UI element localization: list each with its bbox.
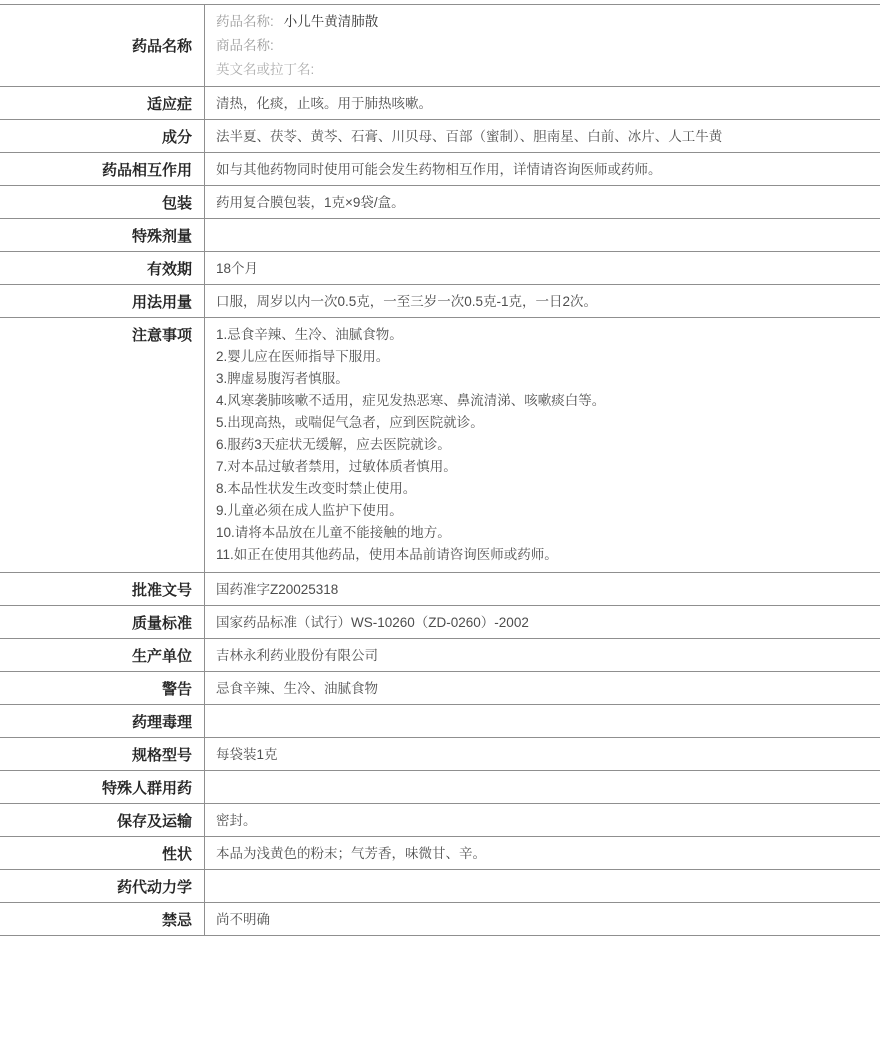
row-value (205, 219, 880, 251)
row-value: 如与其他药物同时使用可能会发生药物相互作用，详情请咨询医师或药师。 (205, 153, 880, 185)
english-name-line: 英文名或拉丁名: (216, 58, 866, 82)
row-value (205, 705, 880, 737)
row-label: 药代动力学 (0, 870, 205, 902)
row-value: 密封。 (205, 804, 880, 836)
table-row-8: 批准文号 国药准字Z20025318 (0, 573, 880, 606)
row-label: 禁忌 (0, 903, 205, 935)
row-label: 批准文号 (0, 573, 205, 605)
row-value: 1.忌食辛辣、生冷、油腻食物。 2.婴儿应在医师指导下服用。 3.脾虚易腹泻者慎… (205, 318, 880, 572)
row-value: 清热，化痰，止咳。用于肺热咳嗽。 (205, 87, 880, 119)
table-row-9: 质量标准 国家药品标准（试行）WS-10260（ZD-0260）-2002 (0, 606, 880, 639)
row-value: 国家药品标准（试行）WS-10260（ZD-0260）-2002 (205, 606, 880, 638)
row-value: 尚不明确 (205, 903, 880, 935)
row-value: 口服，周岁以内一次0.5克，一至三岁一次0.5克-1克，一日2次。 (205, 285, 880, 317)
field-key-trade-name: 商品名称: (216, 34, 274, 58)
row-label: 生产单位 (0, 639, 205, 671)
table-row-14: 特殊人群用药 (0, 771, 880, 804)
row-label: 包装 (0, 186, 205, 218)
row-label: 适应症 (0, 87, 205, 119)
row-label: 保存及运输 (0, 804, 205, 836)
row-label: 成分 (0, 120, 205, 152)
drug-info-table: 药品名称 药品名称: 小儿牛黄清肺散 商品名称: 英文名或拉丁名: 适应症 清热… (0, 4, 880, 936)
table-row-16: 性状 本品为浅黄色的粉末；气芳香，味微甘、辛。 (0, 837, 880, 870)
table-row-13: 规格型号 每袋装1克 (0, 738, 880, 771)
field-value-drug-name: 小儿牛黄清肺散 (284, 10, 379, 34)
row-label-drug-name: 药品名称 (0, 5, 205, 86)
row-value: 18个月 (205, 252, 880, 284)
row-value: 吉林永利药业股份有限公司 (205, 639, 880, 671)
drug-name-line: 药品名称: 小儿牛黄清肺散 (216, 10, 866, 34)
row-label: 特殊人群用药 (0, 771, 205, 803)
trade-name-line: 商品名称: (216, 34, 866, 58)
row-value: 本品为浅黄色的粉末；气芳香，味微甘、辛。 (205, 837, 880, 869)
row-label: 规格型号 (0, 738, 205, 770)
field-key-drug-name: 药品名称: (216, 10, 274, 34)
row-label: 质量标准 (0, 606, 205, 638)
row-value (205, 870, 880, 902)
row-label: 警告 (0, 672, 205, 704)
table-row-7: 注意事项 1.忌食辛辣、生冷、油腻食物。 2.婴儿应在医师指导下服用。 3.脾虚… (0, 318, 880, 573)
table-row-6: 用法用量 口服，周岁以内一次0.5克，一至三岁一次0.5克-1克，一日2次。 (0, 285, 880, 318)
field-key-english-name: 英文名或拉丁名: (216, 58, 314, 82)
table-row-4: 特殊剂量 (0, 219, 880, 252)
table-row-0: 适应症 清热，化痰，止咳。用于肺热咳嗽。 (0, 87, 880, 120)
table-rows-container: 适应症 清热，化痰，止咳。用于肺热咳嗽。 成分 法半夏、茯苓、黄芩、石膏、川贝母… (0, 87, 880, 936)
row-value: 国药准字Z20025318 (205, 573, 880, 605)
table-row-5: 有效期 18个月 (0, 252, 880, 285)
row-label: 有效期 (0, 252, 205, 284)
table-row-10: 生产单位 吉林永利药业股份有限公司 (0, 639, 880, 672)
table-row-18: 禁忌 尚不明确 (0, 903, 880, 936)
table-row-15: 保存及运输 密封。 (0, 804, 880, 837)
row-value: 药用复合膜包装，1克×9袋/盒。 (205, 186, 880, 218)
row-value: 法半夏、茯苓、黄芩、石膏、川贝母、百部（蜜制）、胆南星、白前、冰片、人工牛黄 (205, 120, 880, 152)
row-label: 注意事项 (0, 318, 205, 572)
row-value (205, 771, 880, 803)
drug-name-cell: 药品名称: 小儿牛黄清肺散 商品名称: 英文名或拉丁名: (205, 5, 880, 86)
table-row-12: 药理毒理 (0, 705, 880, 738)
row-value: 忌食辛辣、生冷、油腻食物 (205, 672, 880, 704)
table-row-11: 警告 忌食辛辣、生冷、油腻食物 (0, 672, 880, 705)
row-label: 药理毒理 (0, 705, 205, 737)
row-label: 特殊剂量 (0, 219, 205, 251)
table-row-2: 药品相互作用 如与其他药物同时使用可能会发生药物相互作用，详情请咨询医师或药师。 (0, 153, 880, 186)
row-label: 性状 (0, 837, 205, 869)
table-row-drug-name: 药品名称 药品名称: 小儿牛黄清肺散 商品名称: 英文名或拉丁名: (0, 5, 880, 87)
row-label: 药品相互作用 (0, 153, 205, 185)
table-row-17: 药代动力学 (0, 870, 880, 903)
row-value: 每袋装1克 (205, 738, 880, 770)
table-row-1: 成分 法半夏、茯苓、黄芩、石膏、川贝母、百部（蜜制）、胆南星、白前、冰片、人工牛… (0, 120, 880, 153)
table-row-3: 包装 药用复合膜包装，1克×9袋/盒。 (0, 186, 880, 219)
row-label: 用法用量 (0, 285, 205, 317)
